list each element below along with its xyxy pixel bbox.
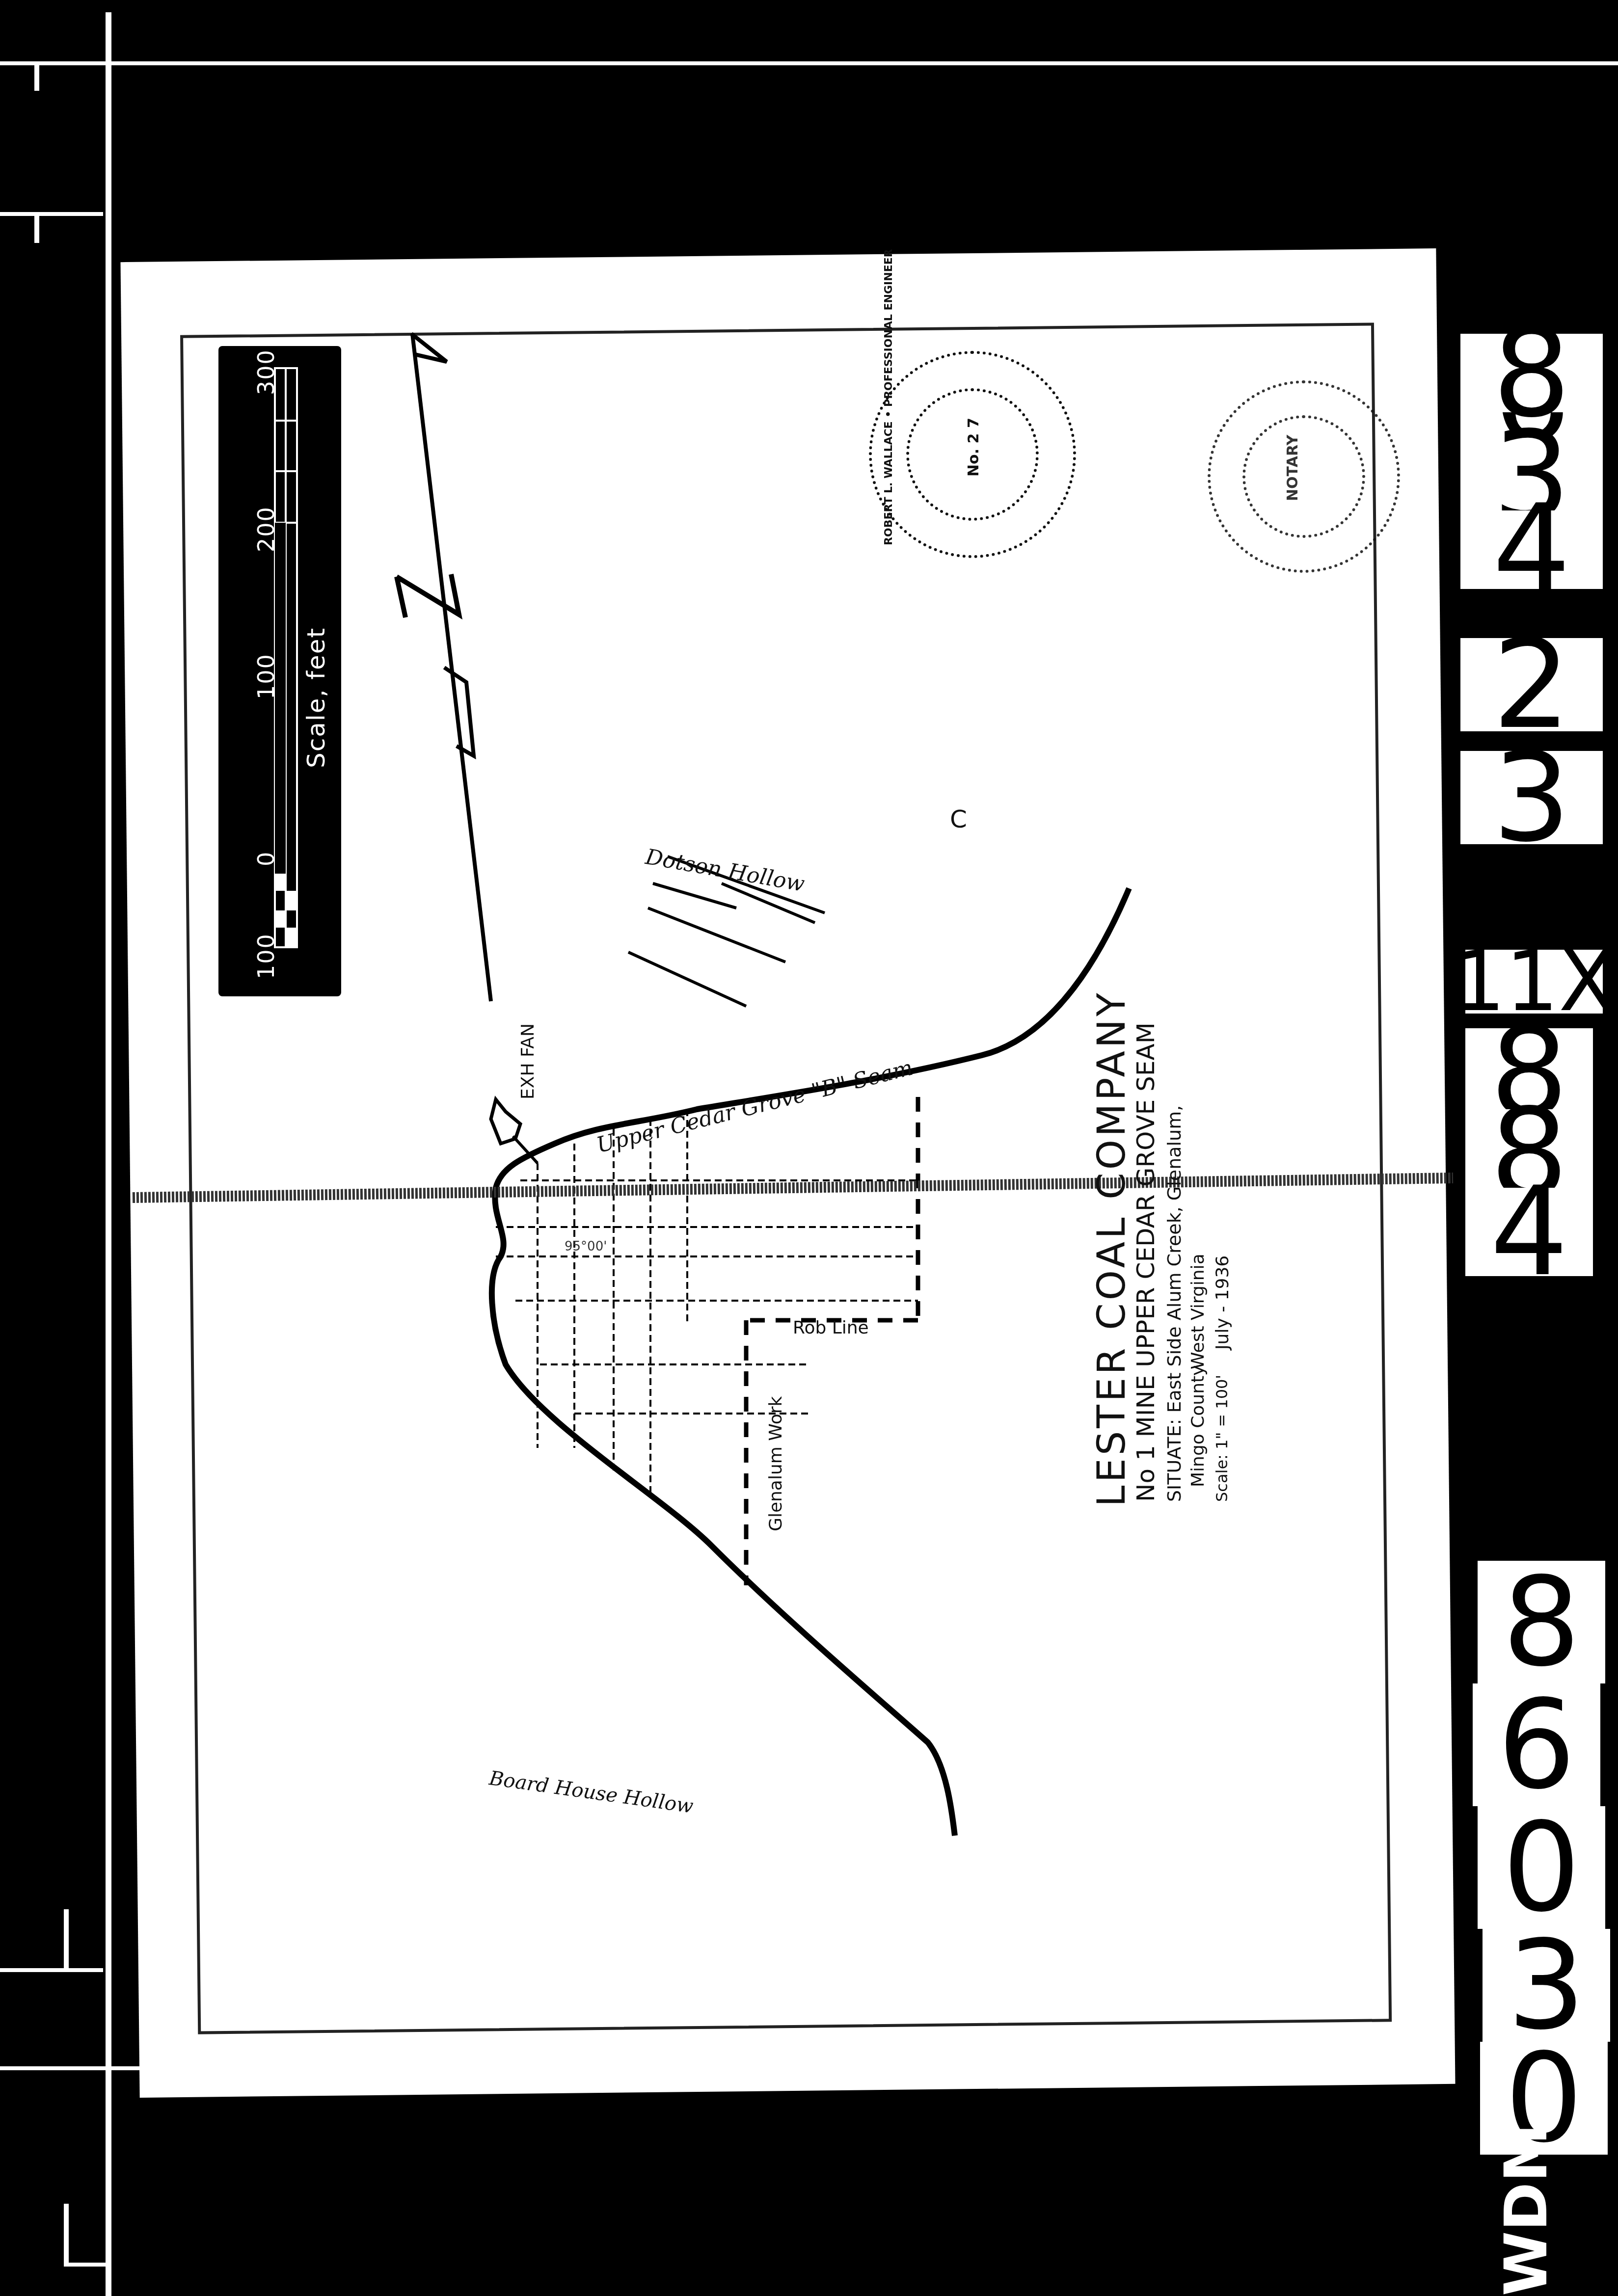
label-survey-mark: 95°00' [565,1239,607,1254]
label-exh-fan: EXH FAN [518,1023,538,1099]
film-id-digit-3b: 3 [1460,751,1603,844]
title-mine: No 1 MINE UPPER CEDAR GROVE SEAM [1132,1022,1160,1502]
film-id-digit-8a: 8 [1460,334,1603,412]
title-situate: SITUATE: East Side Alum Creek, Glenalum, [1163,1105,1185,1502]
title-date: July - 1936 [1213,1255,1233,1350]
film-id-digit-4b: 4 [1465,1188,1593,1276]
film-id-digit-3c: 3 [1483,1929,1610,2042]
label-rob-line: Rob Line [793,1318,869,1338]
notary-seal-text: NOTARY [1284,435,1301,501]
title-state: West Virginia [1188,1254,1208,1369]
title-county: Mingo County [1188,1365,1208,1487]
engineer-seal-center-text: No. 2 7 [965,418,982,477]
engineer-seal: ROBERT L. WALLACE • PROFESSIONAL ENGINEE… [869,351,1076,558]
title-scale: Scale: 1" = 100' [1213,1375,1231,1502]
film-id-prefix: WDM [1492,2124,1561,2296]
film-id-digit-4a: 4 [1460,510,1603,589]
label-glenalum-work: Glenalum Work [766,1396,786,1531]
mine-map-drawing [0,0,1618,2296]
film-id-digit-6b: 6 [1473,1683,1600,1806]
film-id-digit-8d: 8 [1478,1561,1605,1683]
film-id-digit-0a: 0 [1478,1806,1605,1929]
notary-seal: NOTARY [1208,380,1400,573]
film-id-digit-2: 2 [1460,638,1603,731]
title-company: LESTER COAL COMPANY [1090,990,1134,1507]
outcrop-line [492,888,1129,1836]
label-c-mark: C [950,805,967,833]
engineer-seal-outer-text: ROBERT L. WALLACE • PROFESSIONAL ENGINEE… [883,249,895,545]
